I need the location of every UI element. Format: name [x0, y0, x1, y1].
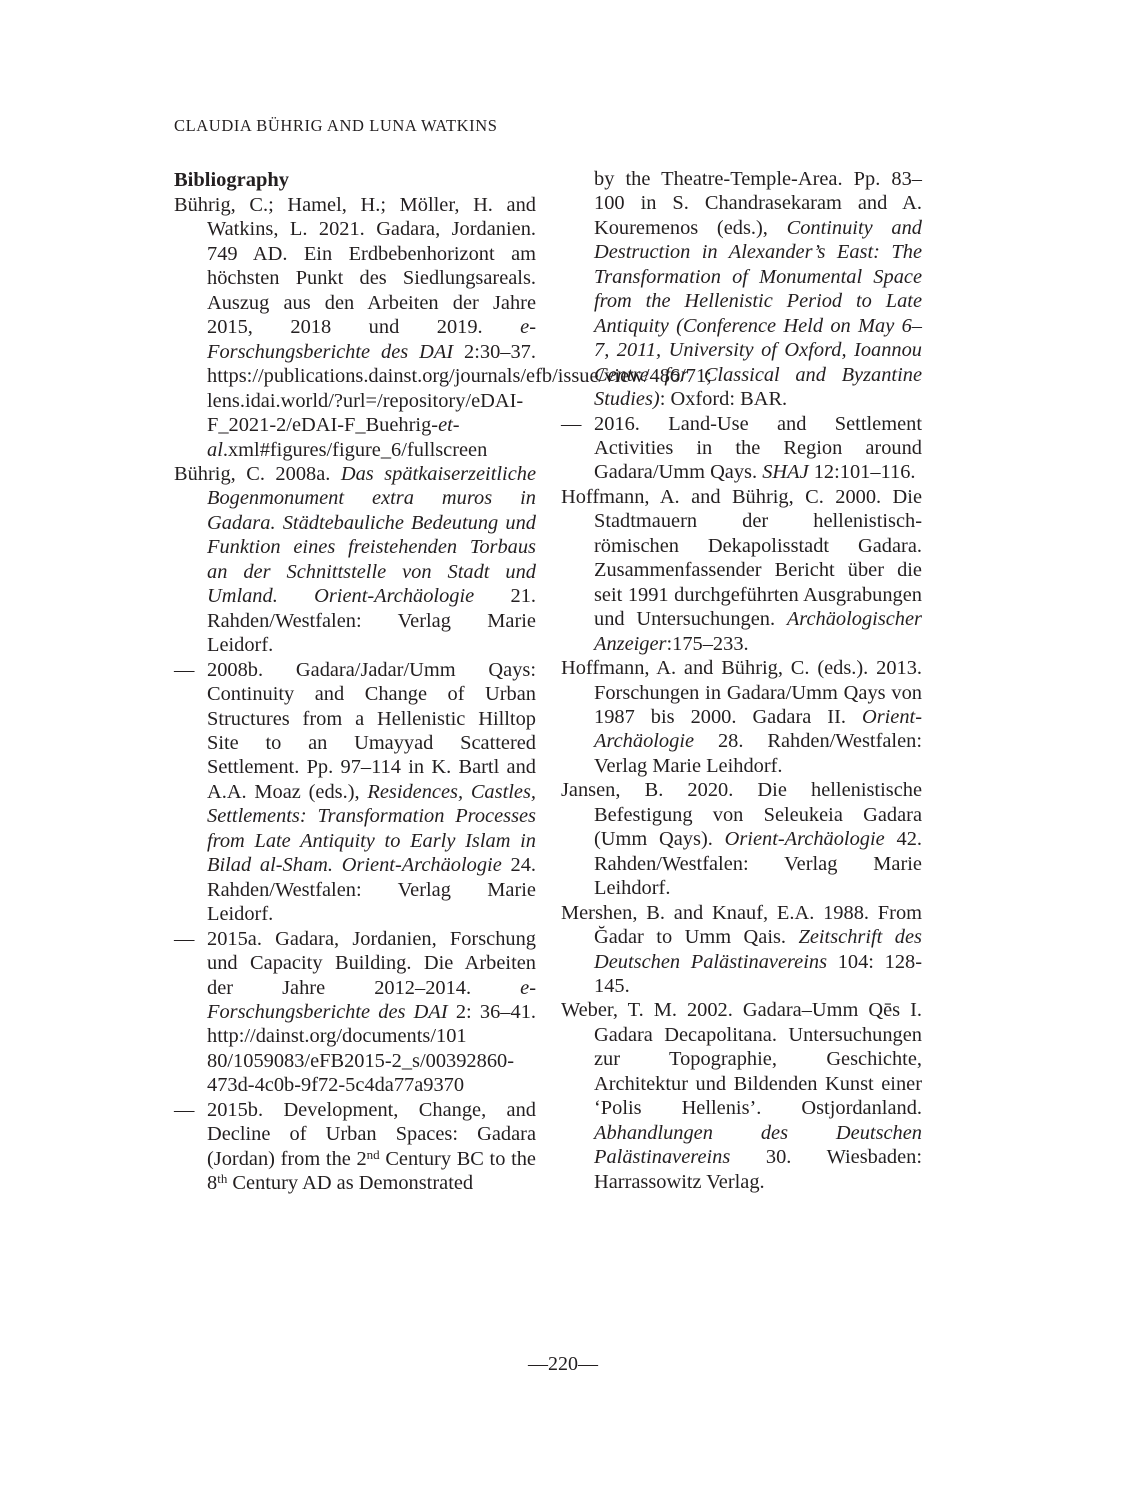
ditto-dash: — — [174, 658, 207, 682]
bibliography-list-left: Bührig, C.; Hamel, H.; Möller, H. and Wa… — [174, 193, 536, 1196]
superscript: th — [217, 1171, 227, 1186]
italic-title: SHAJ — [762, 461, 808, 483]
bibliography-entry: Hoffmann, A. and Bührig, C. (eds.). 2013… — [561, 656, 922, 778]
bibliography-entry: —2016. Land-Use and Settlement Activitie… — [561, 412, 922, 485]
entry-text: :175–233. — [666, 633, 748, 655]
italic-title: Continuity and Destruction in Alexander’… — [594, 217, 922, 410]
bibliography-entry: Hoffmann, A. and Bührig, C. 2000. Die St… — [561, 485, 922, 656]
entry-text: Bührig, C. 2008a. — [174, 463, 341, 485]
bibliography-entry: by the Theatre-Temple-Area. Pp. 83–100 i… — [561, 167, 922, 412]
entry-text: 2015a. Gadara, Jordanien, For­schung und… — [207, 928, 536, 999]
bibliography-column-right: by the Theatre-Temple-Area. Pp. 83–100 i… — [561, 167, 922, 1194]
bibliography-column-left: Bibliography Bührig, C.; Hamel, H.; Möll… — [174, 167, 536, 1196]
running-head: CLAUDIA BÜHRIG AND LUNA WATKINS — [174, 116, 498, 136]
bibliography-entry: Bührig, C. 2008a. Das spätkaiserzeitlich… — [174, 462, 536, 658]
italic-title: Orient-Archäologie — [725, 828, 885, 850]
entry-text: Century AD as Demonstrated — [227, 1172, 473, 1194]
ditto-dash: — — [174, 927, 207, 951]
entry-text: .xml#figures/figure_6/fullscreen — [223, 439, 487, 461]
ditto-dash: — — [561, 412, 594, 436]
bibliography-entry: —2015a. Gadara, Jordanien, For­schung un… — [174, 927, 536, 1098]
bibliography-entry: Mershen, B. and Knauf, E.A. 1988. From Ğ… — [561, 901, 922, 999]
bibliography-list-right: by the Theatre-Temple-Area. Pp. 83–100 i… — [561, 167, 922, 1194]
entry-text: : Oxford: BAR. — [660, 388, 787, 410]
bibliography-entry: —2015b. Development, Change, and Decline… — [174, 1098, 536, 1196]
bibliography-entry: Weber, T. M. 2002. Gadara–Umm Qēs I. Gad… — [561, 998, 922, 1194]
superscript: nd — [367, 1147, 380, 1162]
page-number: —220— — [0, 1353, 1126, 1376]
bibliography-entry: Jansen, B. 2020. Die hellenistische Befe… — [561, 778, 922, 900]
entry-text: Weber, T. M. 2002. Gadara–Umm Qēs I. Gad… — [561, 999, 922, 1119]
ditto-dash: — — [174, 1098, 207, 1122]
section-heading: Bibliography — [174, 167, 536, 193]
entry-text: Bührig, C.; Hamel, H.; Möller, H. and Wa… — [174, 194, 536, 338]
entry-text: 12:101–116. — [809, 461, 916, 483]
bibliography-entry: Bührig, C.; Hamel, H.; Möller, H. and Wa… — [174, 193, 536, 462]
bibliography-entry: —2008b. Gadara/Jadar/Umm Qays: Continuit… — [174, 658, 536, 927]
